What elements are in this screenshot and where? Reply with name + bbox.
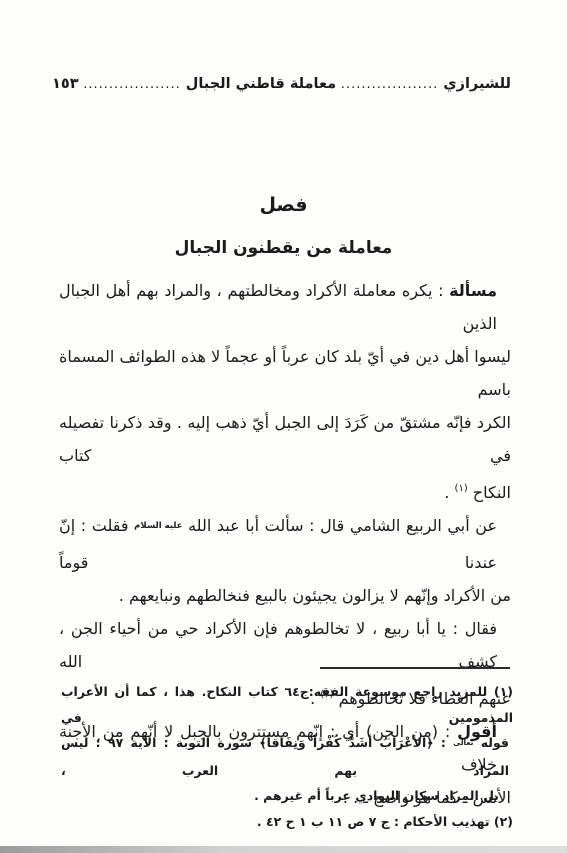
text-segment: ليسوا أهل دين في أيّ بلد كان عرباً أو عج… [59, 347, 511, 399]
header-page-number: ١٥٣ [52, 76, 79, 92]
footnotes: (١) للمزيد راجع موسوعة الفقه:ج٦٤ كتاب ال… [61, 679, 513, 834]
page-header: للشيرازي ...............................… [52, 76, 511, 92]
header-dot-leader-right: ........................................… [341, 77, 438, 92]
body-line: النكاح (١) . [59, 472, 511, 509]
footnote-line: قوله تعالى : ﴿الأعْرَابُ أشَدُّ كُفْراً … [61, 730, 513, 783]
text-segment: بل المراد سكان البوادي عرباً أم غيرهم . [254, 788, 499, 803]
body-line: ليسوا أهل دين في أيّ بلد كان عرباً أو عج… [59, 340, 511, 406]
book-page: للشيرازي ...............................… [0, 0, 567, 853]
header-dot-leader-left: ........................................… [84, 77, 181, 92]
section-title: معاملة من يقطنون الجبال [0, 238, 567, 258]
text-segment: : ﴿الأعْرَابُ أشَدُّ كُفْراً وَنِفَاقاً﴾… [61, 735, 509, 778]
body-line: الكرد فإنّه مشتقّ من كَرَدَ إلى الجبل أي… [59, 406, 511, 472]
text-segment: فقال : يا أبا ربيع ، لا تخالطوهم فإن الأ… [59, 619, 497, 671]
body-line: عن أبي الربيع الشامي قال : سألت أبا عبد … [59, 509, 511, 579]
text-segment: (٢) تهذيب الأحكام : ج ٧ ص ١١ ب ١ ح ٤٢ . [257, 814, 513, 829]
scan-edge-artifact [0, 846, 567, 853]
chapter-heading: فصل [0, 194, 567, 216]
footnote-line: (٢) تهذيب الأحكام : ج ٧ ص ١١ ب ١ ح ٤٢ . [61, 809, 513, 835]
honorific-text: عليه السلام [134, 510, 182, 543]
text-segment: الكرد فإنّه مشتقّ من كَرَدَ إلى الجبل أي… [59, 413, 511, 465]
text-segment: قوله [473, 735, 509, 750]
footnote-line: (١) للمزيد راجع موسوعة الفقه:ج٦٤ كتاب ال… [61, 679, 513, 730]
text-segment: مسألة [449, 281, 497, 300]
footnote-marker: (١) [455, 483, 468, 494]
body-line: مسألة : يكره معاملة الأكراد ومخالطتهم ، … [59, 274, 511, 340]
text-segment: . [444, 483, 454, 502]
text-segment: من الأكراد وإنّهم لا يزالون يجيئون بالبي… [119, 586, 511, 605]
footnote-line: بل المراد سكان البوادي عرباً أم غيرهم . [61, 783, 513, 809]
text-segment: عن أبي الربيع الشامي قال : سألت أبا عبد … [182, 516, 497, 535]
text-segment: : يكره معاملة الأكراد ومخالطتهم ، والمرا… [59, 281, 497, 333]
header-author: للشيرازي [443, 76, 511, 92]
body-line: من الأكراد وإنّهم لا يزالون يجيئون بالبي… [59, 579, 511, 612]
honorific-text: تعالى [453, 730, 473, 756]
footnote-separator [320, 667, 510, 669]
text-segment: النكاح [468, 483, 511, 502]
text-segment: (١) للمزيد راجع موسوعة الفقه:ج٦٤ كتاب ال… [61, 684, 513, 725]
header-section-title: معاملة قاطني الجبال [186, 76, 336, 92]
